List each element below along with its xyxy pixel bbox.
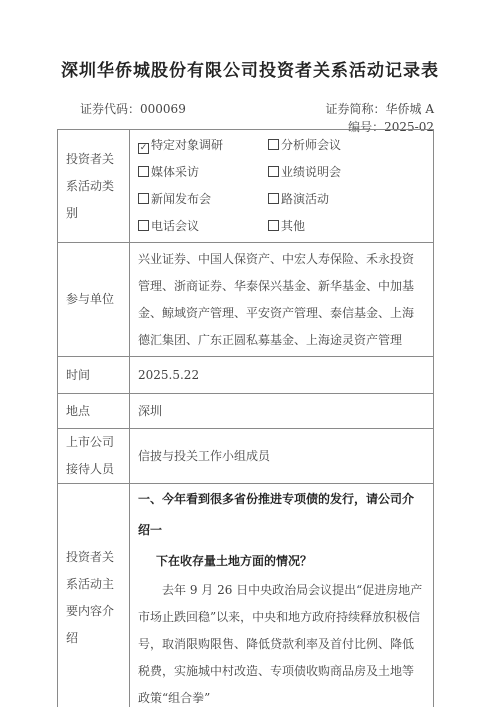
option-other[interactable]: 其他	[268, 213, 398, 240]
checkbox-icon[interactable]	[268, 193, 279, 204]
security-abbr-value: 华侨城 A	[386, 102, 434, 116]
record-table: 投资者关系活动类别 ✓特定对象调研 分析师会议 媒体采访 业绩说明会 新闻发布会…	[57, 129, 434, 707]
security-abbr: 证券简称：华侨城 A	[326, 100, 435, 117]
participants-row: 参与单位 兴业证券、中国人保资产、中宏人寿保险、禾永投资管理、浙商证券、华泰保兴…	[58, 243, 434, 357]
checkbox-icon[interactable]	[138, 220, 149, 231]
option-conference-call[interactable]: 电话会议	[138, 213, 268, 240]
checkbox-icon[interactable]	[138, 193, 149, 204]
participants-value: 兴业证券、中国人保资产、中宏人寿保险、禾永投资管理、浙商证券、华泰保兴基金、新华…	[130, 243, 434, 357]
time-row: 时间 2025.5.22	[58, 357, 434, 394]
reception-label: 上市公司接待人员	[58, 429, 130, 484]
security-code: 证券代码：000069	[80, 100, 186, 117]
reception-value: 信披与投关工作小组成员	[130, 429, 434, 484]
option-media-interview[interactable]: 媒体采访	[138, 159, 268, 186]
category-label: 投资者关系活动类别	[58, 130, 130, 243]
answer-1: 去年 9 月 26 日中央政治局会议提出“促进房地产市场止跌回稳”以来，中央和地…	[138, 577, 425, 707]
time-value: 2025.5.22	[130, 357, 434, 394]
reception-row: 上市公司接待人员 信披与投关工作小组成员	[58, 429, 434, 484]
security-abbr-label: 证券简称：	[326, 102, 386, 116]
participants-label: 参与单位	[58, 243, 130, 357]
option-targeted-research[interactable]: ✓特定对象调研	[138, 132, 268, 159]
place-row: 地点 深圳	[58, 394, 434, 429]
option-analyst-meeting[interactable]: 分析师会议	[268, 132, 398, 159]
checkbox-icon[interactable]	[268, 139, 279, 150]
question-1-line1: 一、今年看到很多省份推进专项债的发行，请公司介绍一	[138, 492, 414, 537]
category-row: 投资者关系活动类别 ✓特定对象调研 分析师会议 媒体采访 业绩说明会 新闻发布会…	[58, 130, 434, 243]
content-row: 投资者关系活动主要内容介绍 一、今年看到很多省份推进专项债的发行，请公司介绍一 …	[58, 484, 434, 707]
checkbox-icon[interactable]	[138, 166, 149, 177]
category-options: ✓特定对象调研 分析师会议 媒体采访 业绩说明会 新闻发布会 路演活动 电话会议…	[130, 130, 434, 243]
checkbox-checked-icon[interactable]: ✓	[138, 143, 149, 154]
question-1: 一、今年看到很多省份推进专项债的发行，请公司介绍一 下在收存量土地方面的情况？	[138, 484, 425, 577]
place-value: 深圳	[130, 394, 434, 429]
place-label: 地点	[58, 394, 130, 429]
option-press-conference[interactable]: 新闻发布会	[138, 186, 268, 213]
security-code-value: 000069	[140, 102, 186, 116]
time-label: 时间	[58, 357, 130, 394]
checkbox-icon[interactable]	[268, 220, 279, 231]
question-1-line2: 下在收存量土地方面的情况？	[138, 546, 425, 577]
content-label: 投资者关系活动主要内容介绍	[58, 484, 130, 707]
option-roadshow[interactable]: 路演活动	[268, 186, 398, 213]
content-value: 一、今年看到很多省份推进专项债的发行，请公司介绍一 下在收存量土地方面的情况？ …	[130, 484, 434, 707]
checkbox-icon[interactable]	[268, 166, 279, 177]
option-earnings-call[interactable]: 业绩说明会	[268, 159, 398, 186]
security-code-label: 证券代码：	[80, 102, 140, 116]
document-title: 深圳华侨城股份有限公司投资者关系活动记录表	[0, 56, 500, 81]
